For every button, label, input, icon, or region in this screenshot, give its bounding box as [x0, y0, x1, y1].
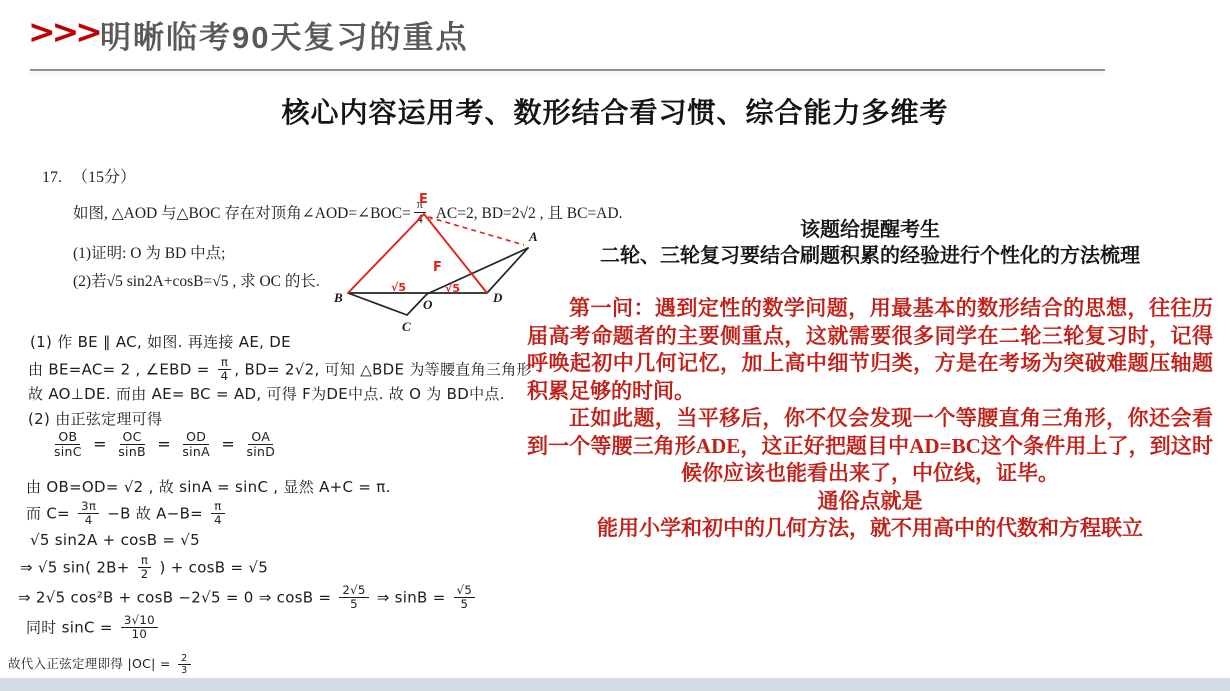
commentary-paragraph-2: 正如此题，当平移后，你不仅会发现一个等腰直角三角形，你还会看到一个等腰三角形AD… [527, 405, 1213, 488]
solution-line: ⇒ 2√5 cos²B + cosB −2√5 = 0 ⇒ cosB = 2√5… [18, 584, 478, 612]
fraction: ODsinA [179, 430, 213, 460]
commentary-section: 该题给提醒考生 二轮、三轮复习要结合刷题积累的经验进行个性化的方法梳理 第一问：… [527, 217, 1213, 543]
solution-line: 而 C= 3π4 −B 故 A−B= π4 [26, 500, 228, 528]
commentary-heading-line-2: 二轮、三轮复习要结合刷题积累的经验进行个性化的方法梳理 [527, 243, 1213, 269]
solution-line: 同时 sinC = 3√1010 [26, 614, 161, 642]
solution-line: (2) 由正弦定理可得 [28, 408, 162, 429]
fraction: √55 [454, 584, 475, 612]
fraction: 23 [178, 653, 191, 676]
fraction: OCsinB [115, 430, 149, 460]
slide: >>> 明晰临考90天复习的重点 核心内容运用考、数形结合看习惯、综合能力多维考… [0, 0, 1230, 691]
solution-line: √5 sin2A + cosB = √5 [30, 531, 200, 549]
fraction: 2√55 [339, 584, 368, 612]
fraction: 3√1010 [121, 614, 158, 642]
solution-line: ⇒ √5 sin( 2B+ π2 ) + cosB = √5 [20, 554, 268, 582]
solution-line: 由 OB=OD= √2 , 故 sinA = sinC , 显然 A+C = π… [26, 476, 391, 497]
fraction: OBsinC [51, 430, 85, 460]
fraction: π2 [138, 554, 152, 582]
commentary-center-line-2: 能用小学和初中的几何方法，就不用高中的代数和方程联立 [527, 515, 1213, 543]
commentary-heading-line-1: 该题给提醒考生 [527, 217, 1213, 243]
solution-lines: (1) 作 BE ∥ AC, 如图. 再连接 AE, DE由 BE=AC= 2 … [0, 0, 540, 691]
fraction: 3π4 [78, 500, 99, 528]
fraction: OAsinD [243, 430, 278, 460]
solution-line: 故 AO⊥DE. 而由 AE= BC = AD, 可得 F为DE中点. 故 O … [28, 383, 505, 404]
solution-line: OBsinC = OCsinB = ODsinA = OAsinD [48, 430, 281, 460]
fraction: π4 [211, 500, 225, 528]
fraction: π4 [218, 356, 232, 384]
solution-line: 故代入正弦定理即得 |OC| = 23 [8, 653, 194, 676]
commentary-center-line-1: 通俗点就是 [527, 488, 1213, 516]
commentary-paragraph-1: 第一问：遇到定性的数学问题，用最基本的数形结合的思想，往往历届高考命题者的主要侧… [527, 295, 1213, 405]
solution-line: (1) 作 BE ∥ AC, 如图. 再连接 AE, DE [30, 331, 291, 352]
bottom-bar [0, 678, 1230, 691]
solution-line: 由 BE=AC= 2 , ∠EBD = π4, BD= 2√2, 可知 △BDE… [28, 356, 532, 384]
